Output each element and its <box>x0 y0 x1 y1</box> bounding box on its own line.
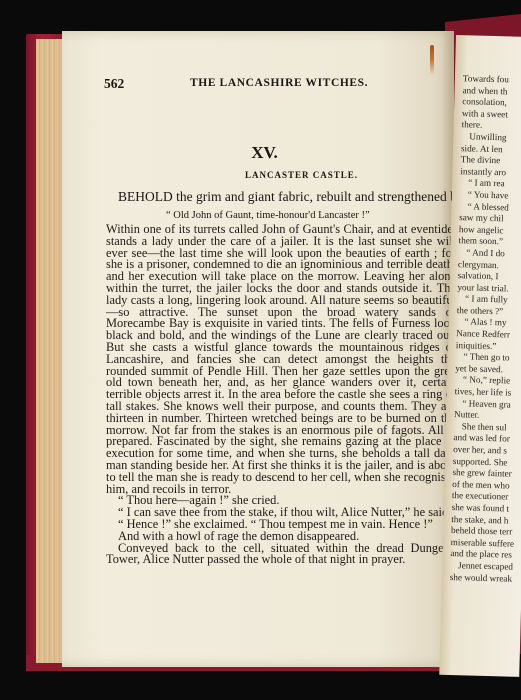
epigraph: “ Old John of Gaunt, time-honour'd Lanca… <box>166 210 370 221</box>
page-number: 562 <box>104 76 124 92</box>
paragraph: Conveyed back to the cell, situated with… <box>106 543 456 567</box>
running-title: THE LANCASHIRE WITCHES. <box>190 77 368 89</box>
page-header: 562 THE LANCASHIRE WITCHES. <box>104 76 454 94</box>
stain-mark <box>430 45 434 75</box>
chapter-title: LANCASTER CASTLE. <box>245 170 358 180</box>
body-text: Within one of its turrets called John of… <box>106 224 456 566</box>
opening-line: BEHOLD the grim and giant fabric, rebuil… <box>118 189 464 205</box>
paragraph: Within one of its turrets called John of… <box>106 224 456 495</box>
right-page-text: Towards fouand when thconsolation,with a… <box>450 73 521 586</box>
right-page-line: she would wreak <box>450 572 521 587</box>
page-edges <box>36 39 64 663</box>
chapter-number: XV. <box>0 143 521 163</box>
